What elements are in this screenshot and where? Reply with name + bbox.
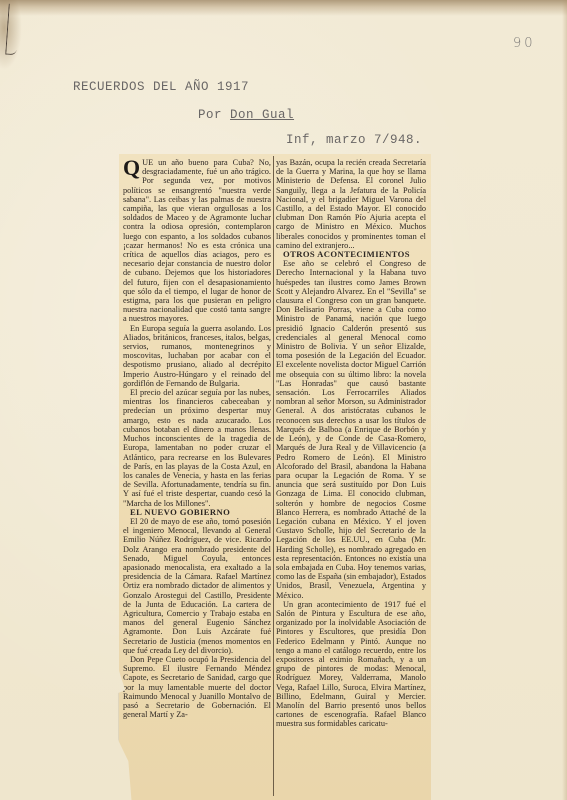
byline-prefix: Por [198,108,222,122]
right-edge-shadow [562,0,567,800]
paragraph: yas Bazán, ocupa la recién creada Secret… [276,158,426,250]
paragraph: En Europa seguía la guerra asolando. Los… [123,324,271,388]
top-edge-stain [0,0,567,16]
paragraph: El 20 de mayo de ese año, tomó posesión … [123,517,271,655]
archival-page: 90 RECUERDOS DEL AÑO 1917 Por Don Gual I… [0,0,567,800]
drop-cap: Q [123,159,140,177]
paragraph: El precio del azúcar seguía por las nube… [123,388,271,508]
handwritten-page-number: 90 [513,36,536,51]
paragraph: Ese año se celebró el Congreso de Derech… [276,259,426,600]
typed-source-date: Inf, marzo 7/948. [286,133,422,147]
paragraph: Don Pepe Cueto ocupó la Presidencia del … [123,655,271,719]
typed-title: RECUERDOS DEL AÑO 1917 [73,80,249,94]
clipping-right-column: yas Bazán, ocupa la recién creada Secret… [276,158,426,729]
section-subhead: EL NUEVO GOBIERNO [123,508,271,517]
typed-byline: Por Don Gual [198,108,294,122]
newspaper-clipping: QUE un año bueno para Cuba? No, desgraci… [119,154,431,800]
byline-author: Don Gual [230,108,294,122]
section-subhead: OTROS ACONTECIMIENTOS [276,250,426,259]
paragraph: QUE un año bueno para Cuba? No, desgraci… [123,158,271,324]
column-divider [273,156,274,796]
clipping-left-column: QUE un año bueno para Cuba? No, desgraci… [123,158,271,719]
paragraph: Un gran acontecimiento de 1917 fué el Sa… [276,600,426,729]
